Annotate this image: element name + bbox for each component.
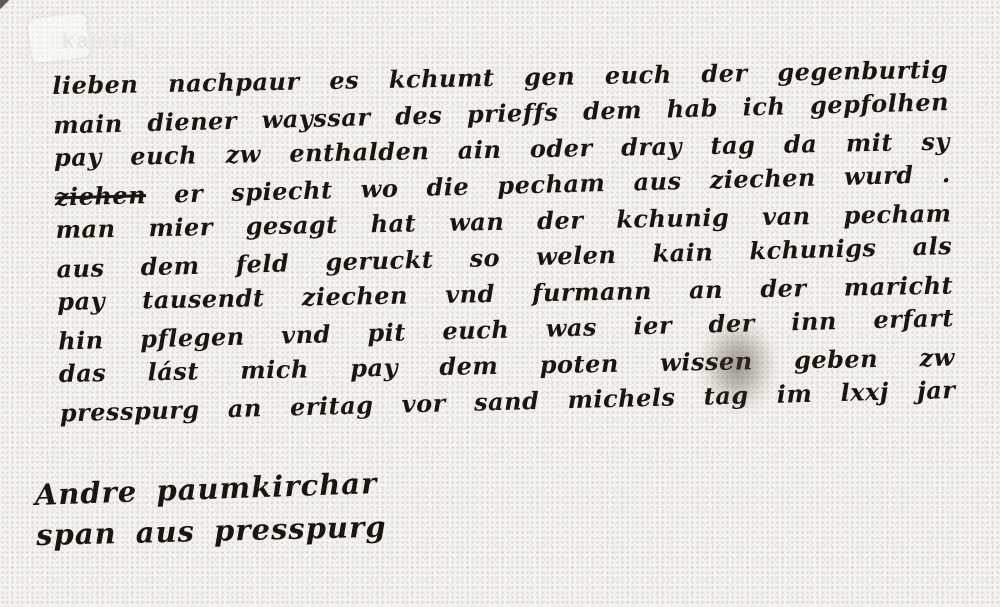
manuscript-scan: kamra lieben nachpaur es kchumt gen euch…: [0, 0, 1000, 607]
scan-corner-artifact: [0, 0, 14, 12]
letter-body: lieben nachpaur es kchumt gen euch der g…: [52, 50, 956, 430]
signature-title: span aus presspurg: [36, 506, 387, 557]
watermark-logo: [28, 13, 91, 64]
ink-smudge: [698, 315, 778, 415]
watermark-text: kamra: [62, 28, 137, 54]
signature-block: Andre paumkirchar span aus presspurg: [34, 462, 387, 558]
watermark: kamra: [24, 10, 174, 70]
struck-word: ziehen: [55, 180, 147, 211]
